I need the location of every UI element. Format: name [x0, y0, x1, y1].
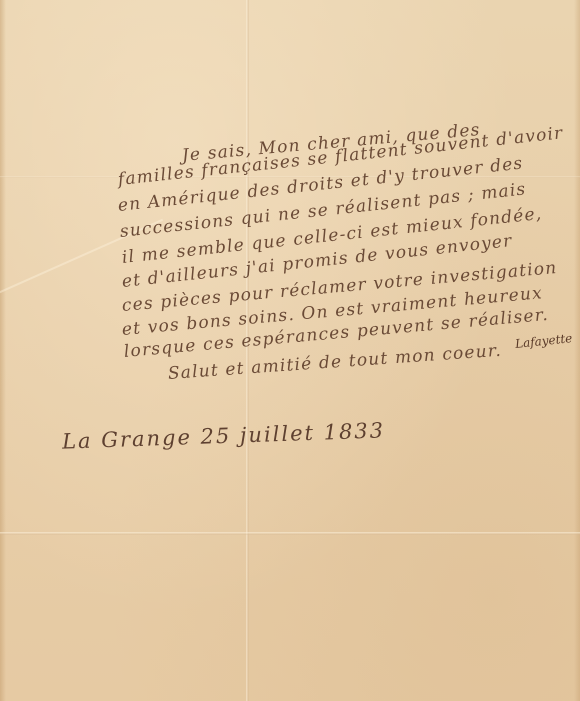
paper-edge-left: [0, 0, 6, 701]
horizontal-fold-line: [0, 532, 580, 535]
dateline: La Grange 25 juillet 1833: [62, 418, 386, 453]
paper-edge-right: [574, 0, 580, 701]
letter-paper: Je sais, Mon cher ami, que des familles …: [0, 0, 580, 701]
signature: Lafayette: [514, 331, 573, 351]
